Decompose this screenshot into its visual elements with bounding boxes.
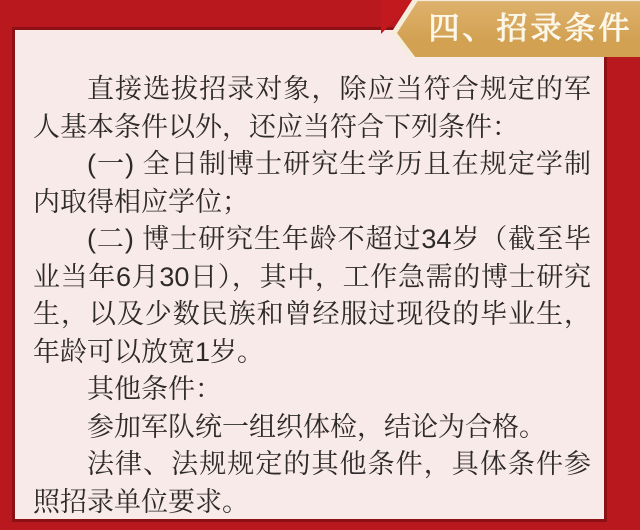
section-title: 四、招录条件 bbox=[397, 0, 640, 57]
content-panel: 直接选拔招录对象，除应当符合规定的军人基本条件以外，还应当符合下列条件： (一)… bbox=[15, 30, 604, 519]
poster-frame: 直接选拔招录对象，除应当符合规定的军人基本条件以外，还应当符合下列条件： (一)… bbox=[0, 0, 640, 530]
body-paragraph: 其他条件： bbox=[33, 371, 591, 409]
body-paragraph: (一) 全日制博士研究生学历且在规定学制内取得相应学位； bbox=[33, 146, 591, 221]
section-title-banner: 四、招录条件 bbox=[397, 0, 640, 57]
body-text: 直接选拔招录对象，除应当符合规定的军人基本条件以外，还应当符合下列条件： (一)… bbox=[15, 30, 604, 521]
body-paragraph: 参加军队统一组织体检，结论为合格。 bbox=[33, 409, 591, 447]
body-paragraph: 法律、法规规定的其他条件，具体条件参照招录单位要求。 bbox=[33, 446, 591, 521]
body-paragraph: 直接选拔招录对象，除应当符合规定的军人基本条件以外，还应当符合下列条件： bbox=[33, 71, 591, 146]
body-paragraph: (二) 博士研究生年龄不超过34岁（截至毕业当年6月30日），其中，工作急需的博… bbox=[33, 221, 591, 371]
